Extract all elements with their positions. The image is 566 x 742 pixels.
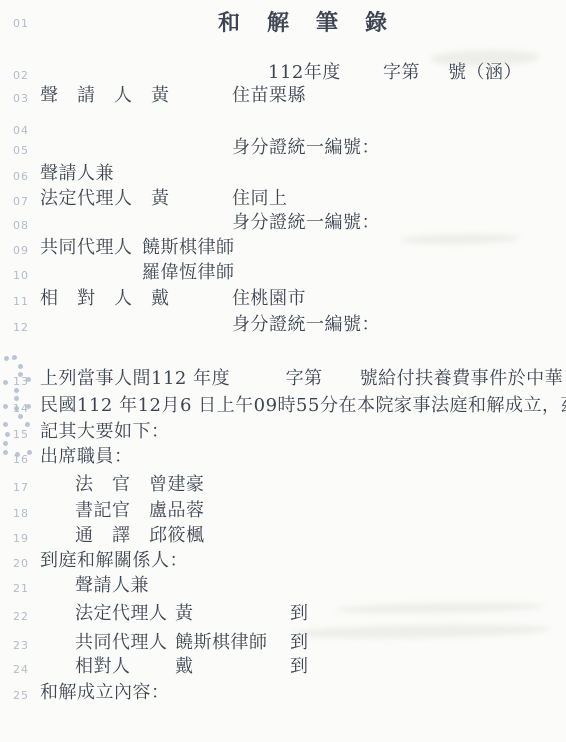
line-number: 20 (13, 557, 29, 570)
text-segment: 聲請人兼 (75, 577, 149, 595)
document-title: 和解筆錄 (218, 12, 414, 34)
line-number: 18 (13, 507, 29, 520)
scan-smudge (290, 623, 550, 641)
text-segment: 住苗栗縣 (232, 87, 306, 105)
line-number: 12 (13, 321, 29, 334)
binder-dot (15, 452, 20, 457)
binder-dot (25, 422, 30, 427)
line-number: 03 (13, 92, 29, 105)
text-segment: 身分證統一編號： (232, 316, 380, 334)
binder-dot (26, 377, 31, 382)
line-number: 22 (13, 610, 29, 623)
text-segment: 書記官 盧品蓉 (75, 502, 205, 520)
binder-dot (26, 404, 31, 409)
text-segment: 戴 (175, 658, 194, 676)
settlement-transcript-page: 01和解筆錄02112年度字第號（涵）03聲 請 人 黃住苗栗縣0405身分證統… (0, 0, 566, 742)
text-segment: 共同代理人 (75, 634, 168, 652)
text-segment: 饒斯棋律師 (142, 239, 235, 257)
text-segment: 法定代理人 (75, 605, 168, 623)
binder-dot (3, 441, 8, 446)
binder-dot (3, 422, 8, 427)
text-segment: 字第 (383, 64, 420, 82)
line-number: 17 (13, 481, 29, 494)
text-segment: 號（涵） (448, 64, 522, 82)
text-segment: 到 (290, 605, 309, 623)
line-number: 01 (13, 17, 29, 30)
binder-dot (12, 355, 17, 360)
text-segment: 到 (290, 658, 309, 676)
binder-dot (3, 380, 8, 385)
line-number: 21 (13, 582, 29, 595)
line-number: 04 (13, 124, 29, 137)
line-number: 15 (13, 428, 29, 441)
line-number: 05 (13, 144, 29, 157)
binder-dot (27, 450, 32, 455)
text-segment: 住桃園市 (232, 290, 306, 308)
binder-dot (18, 364, 23, 369)
text-segment: 到庭和解關係人： (40, 552, 188, 570)
line-number: 11 (13, 295, 29, 308)
text-segment: 聲請人兼 (40, 165, 114, 183)
binder-dot (5, 432, 10, 437)
text-segment: 羅偉恆律師 (142, 264, 235, 282)
line-number: 10 (13, 269, 29, 282)
text-segment: 相 對 人 戴 (40, 290, 170, 308)
text-segment: 住同上 (232, 190, 288, 208)
text-segment: 上列當事人間112 年度 字第 號給付扶養費事件於中華 (40, 370, 563, 388)
text-segment: 身分證統一編號： (232, 214, 380, 232)
text-segment: 黃 (175, 605, 194, 623)
line-number: 25 (13, 689, 29, 702)
text-segment: 相對人 (75, 658, 131, 676)
text-segment: 112年度 (268, 64, 341, 82)
text-segment: 記其大要如下： (40, 423, 170, 441)
text-segment: 法 官 曾建豪 (75, 476, 205, 494)
text-segment: 共同代理人 (40, 239, 133, 257)
scan-smudge (335, 601, 545, 615)
line-number: 07 (13, 195, 29, 208)
line-number: 09 (13, 244, 29, 257)
binder-dot (3, 450, 8, 455)
binder-dot (4, 356, 9, 361)
line-number: 19 (13, 532, 29, 545)
line-number: 24 (13, 663, 29, 676)
text-segment: 出席職員： (40, 448, 133, 466)
binder-dot (14, 396, 19, 401)
text-segment: 法定代理人 黃 (40, 190, 170, 208)
binder-dot (3, 404, 8, 409)
line-number: 08 (13, 219, 29, 232)
text-segment: 饒斯棋律師 (175, 634, 268, 652)
binder-dot (14, 406, 19, 411)
text-segment: 到 (290, 634, 309, 652)
line-number: 06 (13, 170, 29, 183)
binder-dot (18, 372, 23, 377)
text-segment: 身分證統一編號： (232, 139, 380, 157)
text-segment: 通 譯 邱筱楓 (75, 527, 205, 545)
binder-dot (14, 388, 19, 393)
line-number: 02 (13, 69, 29, 82)
text-segment: 聲 請 人 黃 (40, 87, 170, 105)
text-segment: 民國112 年12月6 日上午09時55分在本院家事法庭和解成立，茲 (40, 397, 566, 415)
line-number: 23 (13, 639, 29, 652)
text-segment: 和解成立內容： (40, 684, 170, 702)
scan-smudge (400, 233, 520, 245)
binder-dot (18, 414, 23, 419)
